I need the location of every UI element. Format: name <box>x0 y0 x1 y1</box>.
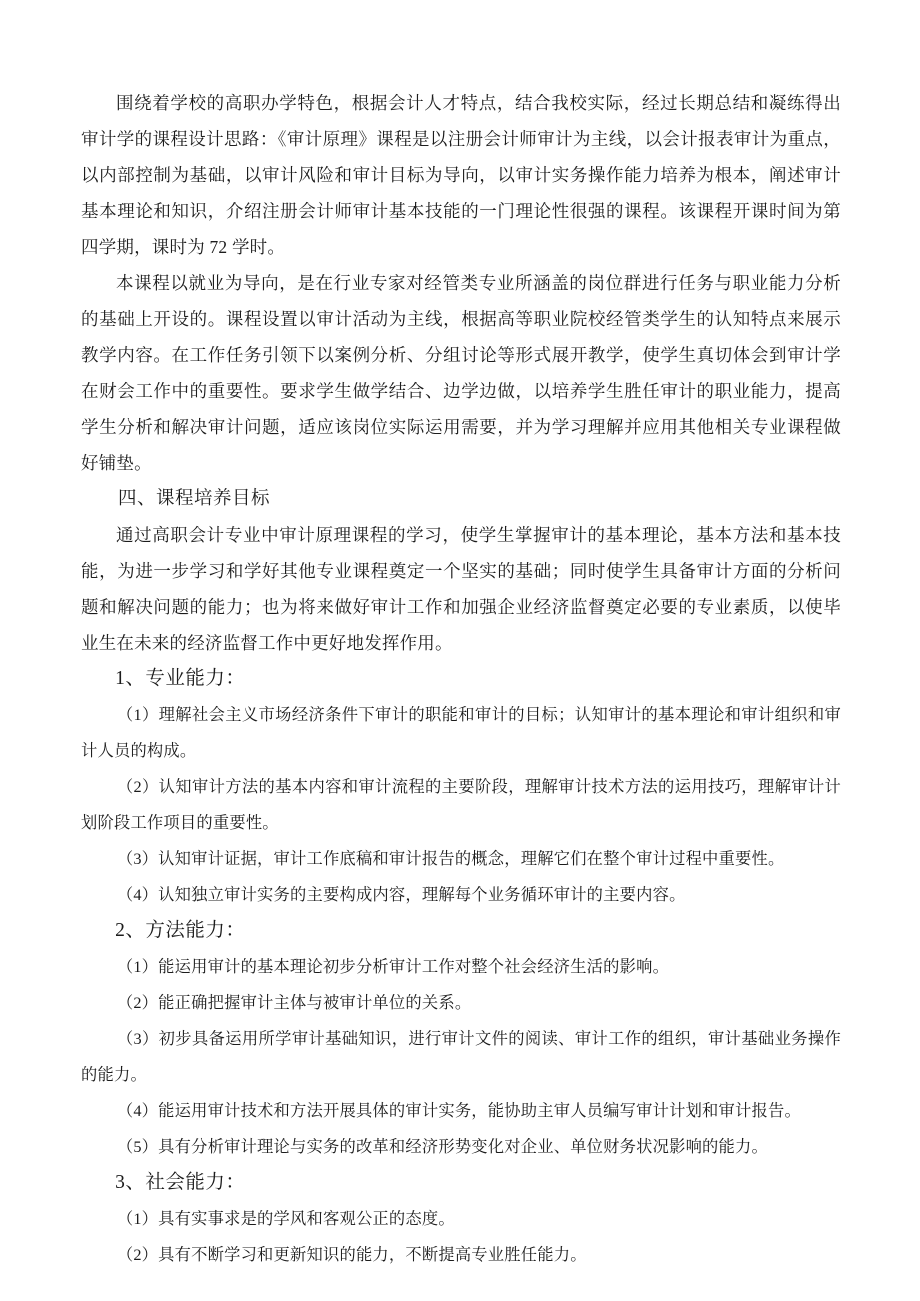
subsection-heading: 1、专业能力： <box>81 661 841 697</box>
section-heading: 四、课程培养目标 <box>81 481 841 517</box>
paragraph: 本课程以就业为导向，是在行业专家对经管类专业所涵盖的岗位群进行任务与职业能力分析… <box>81 265 841 481</box>
paragraph: 围绕着学校的高职办学特色，根据会计人才特点，结合我校实际，经过长期总结和凝练得出… <box>81 85 841 265</box>
list-item: （4）能运用审计技术和方法开展具体的审计实务，能协助主审人员编写审计计划和审计报… <box>81 1093 841 1129</box>
paragraph: 通过高职会计专业中审计原理课程的学习，使学生掌握审计的基本理论，基本方法和基本技… <box>81 517 841 661</box>
list-item: （1）理解社会主义市场经济条件下审计的职能和审计的目标；认知审计的基本理论和审计… <box>81 697 841 769</box>
list-item: （2）认知审计方法的基本内容和审计流程的主要阶段，理解审计技术方法的运用技巧，理… <box>81 769 841 841</box>
list-item: （1）能运用审计的基本理论初步分析审计工作对整个社会经济生活的影响。 <box>81 949 841 985</box>
list-item: （2）具有不断学习和更新知识的能力，不断提高专业胜任能力。 <box>81 1237 841 1273</box>
subsection-heading: 3、社会能力： <box>81 1165 841 1201</box>
list-item: （4）认知独立审计实务的主要构成内容，理解每个业务循环审计的主要内容。 <box>81 877 841 913</box>
subsection-heading: 2、方法能力： <box>81 913 841 949</box>
list-item: （5）具有分析审计理论与实务的改革和经济形势变化对企业、单位财务状况影响的能力。 <box>81 1129 841 1165</box>
list-item: （3）认知审计证据，审计工作底稿和审计报告的概念，理解它们在整个审计过程中重要性… <box>81 841 841 877</box>
list-item: （2）能正确把握审计主体与被审计单位的关系。 <box>81 985 841 1021</box>
document-page: 围绕着学校的高职办学特色，根据会计人才特点，结合我校实际，经过长期总结和凝练得出… <box>0 0 920 1301</box>
list-item: （3）初步具备运用所学审计基础知识，进行审计文件的阅读、审计工作的组织，审计基础… <box>81 1021 841 1093</box>
list-item: （1）具有实事求是的学风和客观公正的态度。 <box>81 1201 841 1237</box>
